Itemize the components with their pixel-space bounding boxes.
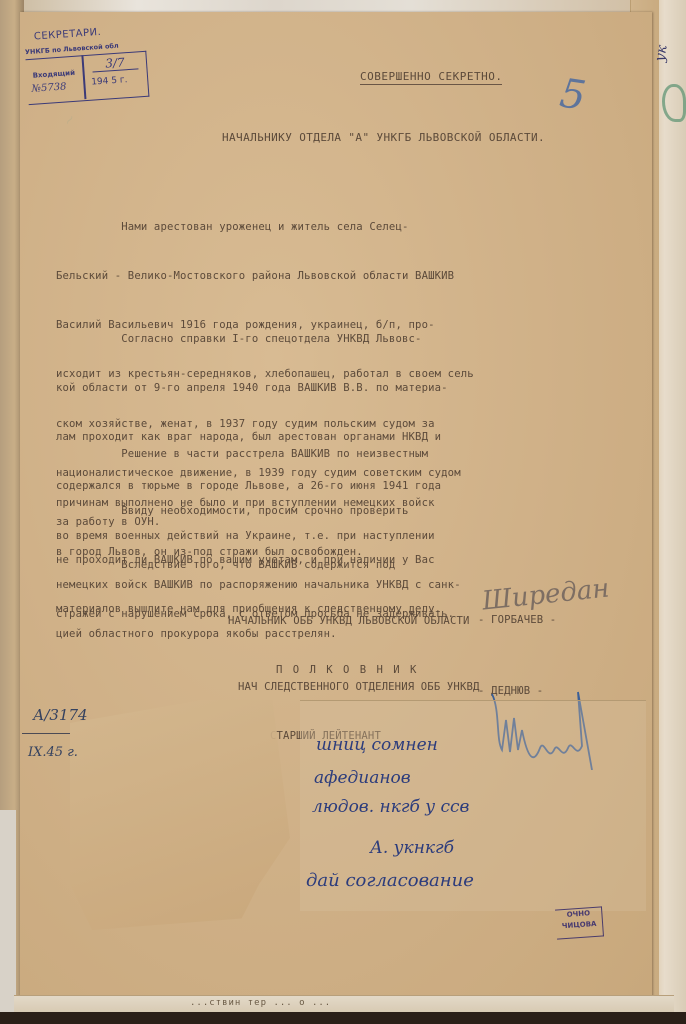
resolution-line-3: людов. нкгб у ссв (312, 797, 469, 817)
resolution-line-5: дай согласование (306, 870, 474, 891)
folder-binding-lower (0, 810, 16, 1024)
margin-date: IX.45 г. (28, 745, 78, 760)
green-ink-mark (662, 84, 686, 122)
bottom-small-stamp: ОЧНО ЧИЦОВА (555, 906, 604, 939)
incoming-registration-stamp: СЕКРЕТАРИ. УНКГБ по Львовской обл Входящ… (22, 24, 151, 104)
resolution-line-1: шниц сомнен (316, 735, 438, 755)
addressee-line: НАЧАЛЬНИКУ ОТДЕЛА "А" УНКГБ ЛЬВОВСКОЙ ОБ… (222, 131, 545, 144)
background-bottom (0, 1012, 686, 1024)
resolution-line-2: афедианов (314, 768, 411, 788)
signature-block-1-name: - ГОРБАЧЕВ - (478, 612, 556, 628)
underlying-sheet-text: ...ствин тер ... о ... (190, 998, 331, 1008)
stamp-date: 3/7 (92, 54, 139, 72)
margin-divider (22, 733, 70, 734)
resolution-line-4: А. укнкгб (370, 838, 454, 858)
side-handwritten-note: ук (652, 44, 671, 63)
classification-heading: СОВЕРШЕННО СЕКРЕТНО. (360, 70, 502, 85)
margin-file-number: А/3174 (33, 706, 88, 724)
